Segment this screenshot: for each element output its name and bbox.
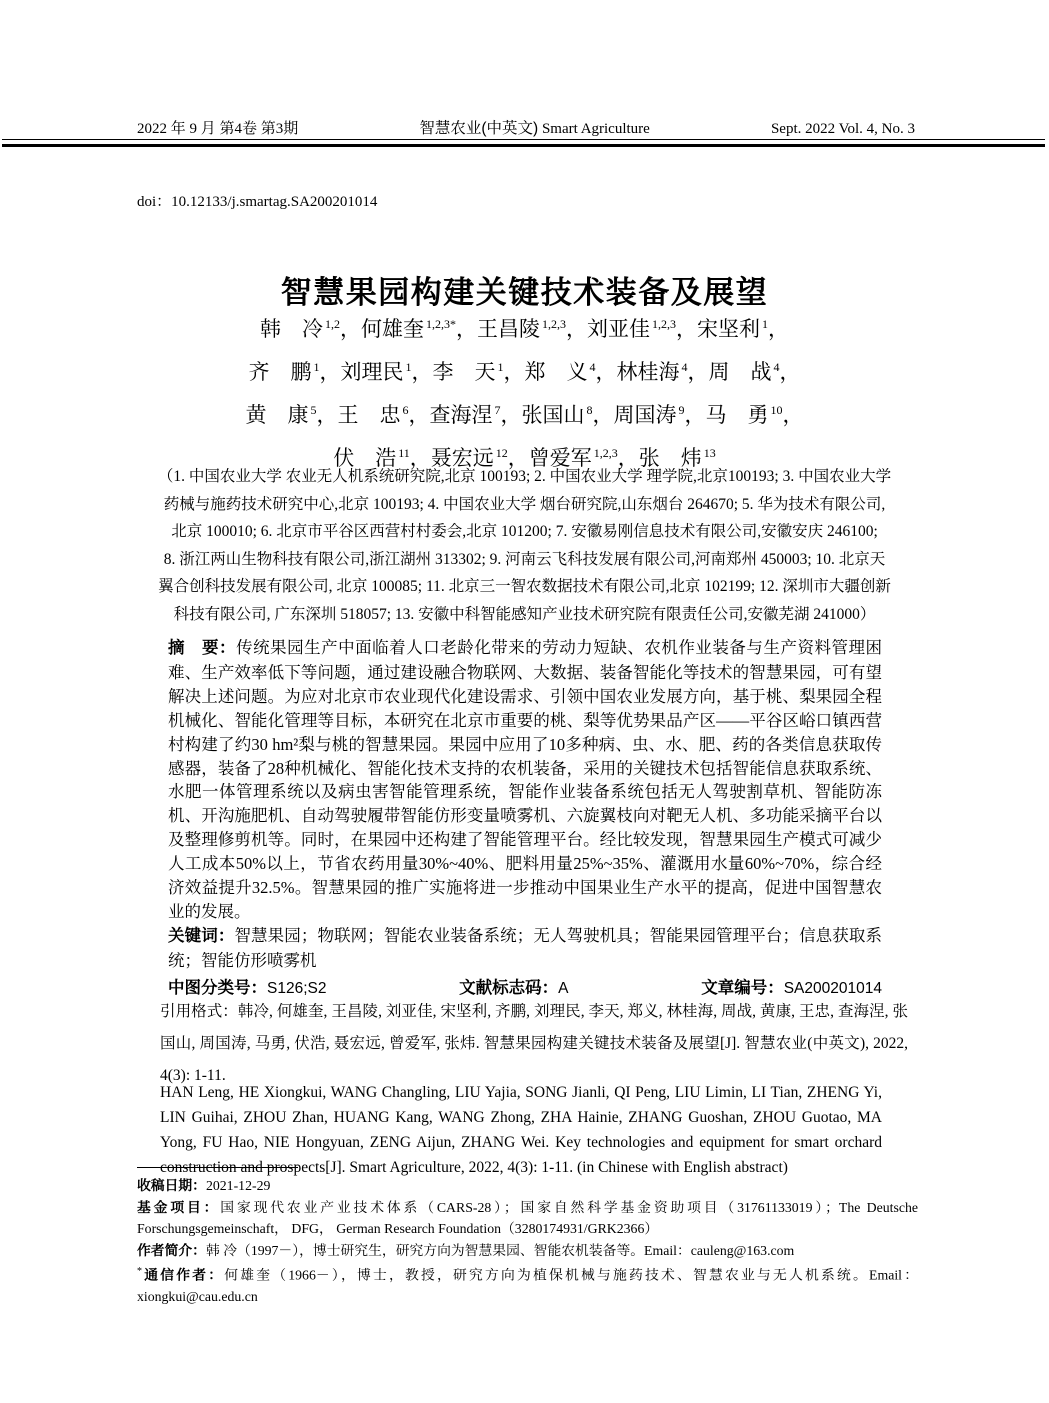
affiliation-line: 科技有限公司, 广东深圳 518057; 13. 安徽中科智能感知产业技术研究院… — [0, 601, 1049, 629]
author-byline: 韩 冷1,2，何雄奎1,2,3*，王昌陵1,2,3，刘亚佳1,2,3，宋坚利1，… — [0, 305, 1049, 477]
author-affiliation-sup: 1 — [404, 360, 412, 374]
doi-label: doi： — [137, 194, 171, 210]
author-affiliation-sup: 12 — [494, 446, 508, 460]
author-separator: ， — [456, 317, 477, 341]
author-separator: ， — [340, 317, 361, 341]
clc-number-value: S126;S2 — [267, 980, 326, 997]
keywords-paragraph: 关键词：智慧果园；物联网；智能农业装备系统；无人驾驶机具；智能果园管理平台；信息… — [168, 924, 882, 973]
author-affiliation-sup: 9 — [677, 403, 685, 417]
footnote-funding: 基金项目：国家现代农业产业技术体系（CARS-28）；国家自然科学基金资助项目（… — [137, 1197, 918, 1240]
footnote-funding-text: 国家现代农业产业技术体系（CARS-28）；国家自然科学基金资助项目（31761… — [137, 1200, 918, 1237]
journal-title-cn: 智慧农业(中英文) — [419, 120, 538, 137]
footnote-author-bio: 作者简介：韩 冷（1997－），博士研究生，研究方向为智慧果园、智能农机装备等。… — [137, 1240, 918, 1262]
author-separator: ， — [783, 403, 804, 427]
author-separator: ， — [596, 360, 617, 384]
author-name: 齐 鹏 — [249, 360, 312, 384]
author-affiliation-sup: 4 — [588, 360, 596, 374]
author-name: 王昌陵 — [477, 317, 540, 341]
author-separator: ， — [409, 403, 430, 427]
doi-value: 10.12133/j.smartag.SA200201014 — [171, 194, 377, 210]
abstract-label: 摘 要： — [168, 639, 236, 657]
clc-number-label: 中图分类号： — [168, 979, 267, 997]
author-name: 韩 冷 — [260, 317, 323, 341]
author-affiliation-sup: 4 — [772, 360, 780, 374]
author-separator: ， — [504, 360, 525, 384]
author-name: 周 战 — [709, 360, 772, 384]
footnote-corresponding-author: *通信作者：何雄奎（1966－），博士，教授，研究方向为植保机械与施药技术、智慧… — [137, 1261, 918, 1308]
author-separator: ， — [676, 317, 697, 341]
affiliation-line: 翼合创科技发展有限公司, 北京 100085; 11. 北京三一智农数据技术有限… — [0, 573, 1049, 601]
author-affiliation-sup: 7 — [493, 403, 501, 417]
footnote-corresponding-author-label: 通信作者： — [142, 1268, 224, 1283]
author-affiliation-sup: 1,2,3* — [424, 317, 456, 331]
author-separator: ， — [412, 360, 433, 384]
footnote-funding-label: 基金项目： — [137, 1200, 220, 1215]
author-byline-line: 齐 鹏1，刘理民1，李 天1，郑 义4，林桂海4，周 战4， — [0, 348, 1049, 391]
author-byline-line: 韩 冷1,2，何雄奎1,2,3*，王昌陵1,2,3，刘亚佳1,2,3，宋坚利1， — [0, 305, 1049, 348]
issue-info-en: Sept. 2022 Vol. 4, No. 3 — [771, 121, 915, 138]
author-separator: ， — [566, 317, 587, 341]
author-affiliation-sup: 1 — [496, 360, 504, 374]
author-affiliation-sup: 5 — [309, 403, 317, 417]
affiliation-line: 药械与施药技术研究中心,北京 100193; 4. 中国农业大学 烟台研究院,山… — [0, 491, 1049, 519]
author-affiliation-sup: 1,2,3 — [540, 317, 566, 331]
footnote-received-date: 收稿日期：2021-12-29 — [137, 1175, 918, 1197]
author-affiliation-sup: 11 — [396, 446, 410, 460]
affiliation-line: 8. 浙江两山生物科技有限公司,浙江湖州 313302; 9. 河南云飞科技发展… — [0, 546, 1049, 574]
doi-line: doi：10.12133/j.smartag.SA200201014 — [137, 190, 377, 211]
author-byline-line: 黄 康5，王 忠6，查海涅7，张国山8，周国涛9，马 勇10， — [0, 391, 1049, 434]
author-name: 刘理民 — [341, 360, 404, 384]
author-affiliation-sup: 4 — [680, 360, 688, 374]
author-name: 王 忠 — [338, 403, 401, 427]
affiliation-line: （1. 中国农业大学 农业无人机系统研究院,北京 100193; 2. 中国农业… — [0, 463, 1049, 491]
article-number-label: 文章编号： — [701, 979, 784, 997]
author-separator: ， — [780, 360, 801, 384]
article-number-value: SA200201014 — [784, 980, 882, 997]
author-affiliation-sup: 6 — [401, 403, 409, 417]
journal-running-head: 2022 年 9 月 第4卷 第3期 智慧农业(中英文) Smart Agric… — [137, 116, 915, 138]
author-affiliation-sup: 1,2,3 — [650, 317, 676, 331]
author-separator: ， — [501, 403, 522, 427]
journal-title: 智慧农业(中英文) Smart Agriculture — [419, 116, 649, 138]
author-name: 马 勇 — [706, 403, 769, 427]
footnote-author-bio-label: 作者简介： — [137, 1243, 206, 1258]
author-separator: ， — [320, 360, 341, 384]
footnote-corresponding-author-text: 何雄奎（1966－），博士，教授，研究方向为植保机械与施药技术、智慧农业与无人机… — [137, 1268, 918, 1305]
author-affiliation-sup: 1,2 — [323, 317, 340, 331]
author-name: 刘亚佳 — [587, 317, 650, 341]
keywords-text: 智慧果园；物联网；智能农业装备系统；无人驾驶机具；智能果园管理平台；信息获取系统… — [168, 926, 882, 970]
header-double-rule — [2, 139, 1045, 147]
document-code-label: 文献标志码： — [459, 979, 558, 997]
journal-title-en: Smart Agriculture — [538, 121, 650, 137]
author-separator: ， — [768, 317, 789, 341]
keywords-label: 关键词： — [168, 927, 234, 945]
citation-english: HAN Leng, HE Xiongkui, WANG Changling, L… — [160, 1080, 882, 1180]
footnote-received-date-label: 收稿日期： — [137, 1178, 206, 1193]
author-name: 周国涛 — [614, 403, 677, 427]
author-separator: ， — [317, 403, 338, 427]
author-affiliation-sup: 8 — [585, 403, 593, 417]
author-affiliation-sup: 10 — [769, 403, 783, 417]
abstract-text: 传统果园生产中面临着人口老龄化带来的劳动力短缺、农机作业装备与生产资料管理困难、… — [168, 638, 882, 921]
affiliation-line: 北京 100010; 6. 北京市平谷区西营村村委会,北京 101200; 7.… — [0, 518, 1049, 546]
author-name: 黄 康 — [246, 403, 309, 427]
author-separator: ， — [593, 403, 614, 427]
author-affiliation-sup: 1 — [760, 317, 768, 331]
footnote-divider — [137, 1167, 298, 1168]
author-name: 何雄奎 — [361, 317, 424, 341]
author-affiliation-sup: 1,2,3 — [592, 446, 618, 460]
author-name: 李 天 — [433, 360, 496, 384]
author-separator: ， — [688, 360, 709, 384]
affiliations: （1. 中国农业大学 农业无人机系统研究院,北京 100193; 2. 中国农业… — [0, 463, 1049, 628]
issue-info-cn: 2022 年 9 月 第4卷 第3期 — [137, 117, 298, 138]
footnotes: 收稿日期：2021-12-29基金项目：国家现代农业产业技术体系（CARS-28… — [137, 1175, 918, 1308]
abstract-paragraph: 摘 要：传统果园生产中面临着人口老龄化带来的劳动力短缺、农机作业装备与生产资料管… — [168, 636, 882, 924]
citation-chinese: 引用格式：韩冷, 何雄奎, 王昌陵, 刘亚佳, 宋坚利, 齐鹏, 刘理民, 李天… — [160, 996, 908, 1092]
author-name: 张国山 — [522, 403, 585, 427]
author-affiliation-sup: 13 — [702, 446, 716, 460]
paper-page: 2022 年 9 月 第4卷 第3期 智慧农业(中英文) Smart Agric… — [0, 0, 1049, 1403]
author-name: 郑 义 — [525, 360, 588, 384]
footnote-received-date-text: 2021-12-29 — [206, 1178, 270, 1193]
author-affiliation-sup: 1 — [312, 360, 320, 374]
footnote-author-bio-text: 韩 冷（1997－），博士研究生，研究方向为智慧果园、智能农机装备等。Email… — [206, 1243, 794, 1258]
author-separator: ， — [685, 403, 706, 427]
abstract-section: 摘 要：传统果园生产中面临着人口老龄化带来的劳动力短缺、农机作业装备与生产资料管… — [168, 636, 882, 1001]
author-name: 宋坚利 — [697, 317, 760, 341]
document-code-value: A — [558, 980, 568, 997]
author-name: 查海涅 — [430, 403, 493, 427]
author-name: 林桂海 — [617, 360, 680, 384]
